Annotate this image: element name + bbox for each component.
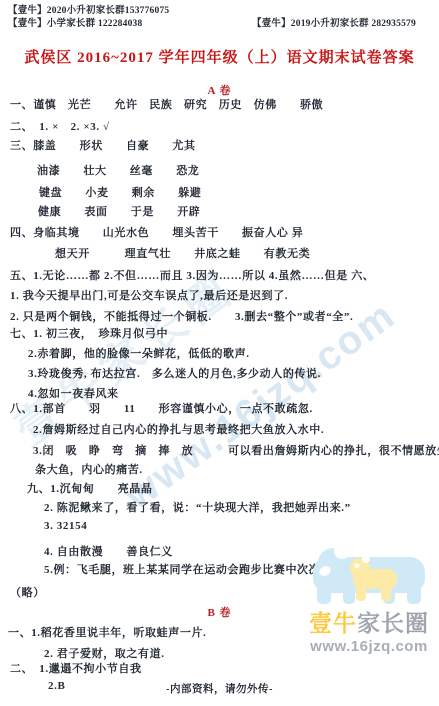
answer-line: 想天开 理直气壮 井底之蛙 有教无类 [55,245,310,261]
answer-line: 条大鱼，内心的痛苦. [35,461,143,477]
answer-line: 九、1.沉甸甸 亮晶晶 [27,480,152,496]
answer-line: 2.詹姆斯经过自己内心的挣扎与思考最终把大鱼放入水中. [33,421,324,437]
brand-name-part2: 家长圈 [357,610,429,636]
answer-line: 三、膝盖 形状 自豪 尤其 [10,137,196,153]
answer-line: 2.赤着脚，他的脸像一朵鲜花，低低的歌声. [28,345,250,361]
header-group-right: 【壹牛】2019小升初家长群 282935579 [252,15,416,29]
answer-line: 2. 只是两个铜钱，不能抵得过一个铜板. 3.删去“整个”或者“全”. [10,308,353,324]
answer-line: 一、谨慎 光芒 允许 民族 研究 历史 仿佛 骄傲 [10,96,323,112]
answer-line: （略） [10,584,45,600]
answer-line: 二、 1. × 2. ×3. √ [10,118,110,134]
answer-line: 4.忽如一夜春风来 [28,385,119,401]
answer-line: 油漆 壮大 丝毫 恐龙 [37,162,199,178]
answer-line: 1. 我今天提早出门,可是公交车误点了,最后还是迟到了. [10,287,288,303]
answer-line: 键盘 小麦 剩余 躲避 [39,184,201,200]
answer-line: 四、身临其境 山光水色 埋头苦干 振奋人心 异 [10,224,303,240]
answer-line: 2. 君子爱财，取之有道. [44,645,165,661]
answer-line: 3.闭 吸 睁 弯 摘 捧 放 可以看出詹姆斯内心的挣扎，很不情愿放生掉这 [33,442,439,458]
footer-notice: -内部资料，请勿外传- [0,681,439,696]
bull-and-calf-icon [307,545,431,607]
answer-line: 3.玲珑俊秀, 布达拉宫. 多么迷人的月色,多少动人的传说. [28,365,321,381]
header-group-line1: 【壹牛】2020小升初家长群153776075 [8,2,169,16]
document-page: 壹牛家长圈 www.16jzq.com 【壹牛】2020小升初家长群153776… [0,0,439,706]
answer-line: 八、1.部首 羽 11 形容谨慎小心，一点不敢疏忽. [10,400,313,416]
brand-name: 壹牛家长圈 [300,611,438,636]
brand-site-url: www.16jzq.com [300,638,438,655]
answer-line: 七、1. 初三夜， 珍珠月似弓中 [10,325,168,341]
brand-logo: 壹牛家长圈 www.16jzq.com [300,545,438,655]
answer-line: 二、 1.邋遢不拘小节自我 [10,660,142,676]
answer-line: 一、1.稻花香里说丰年，听取蛙声一片. [8,624,206,640]
answer-line: 4. 自由散漫 善良仁义 [44,543,173,559]
answer-line: 2. 陈泥鳅来了，看了看，说：“十块现大洋，我把她弄出来.” [44,499,351,515]
answer-line: 五、1.无论……都 2.不但……而且 3.因为……所以 4.虽然……但是 六、 [10,267,374,283]
answer-line: 3. 32154 [44,520,87,532]
header-group-line2: 【壹牛】小学家长群 122284038 [8,15,142,29]
brand-name-part1: 壹牛 [309,610,357,636]
page-title: 武侯区 2016~2017 学年四年级（上）语文期末试卷答案 [0,46,439,67]
answer-line: 健康 表面 于是 开辟 [38,203,200,219]
